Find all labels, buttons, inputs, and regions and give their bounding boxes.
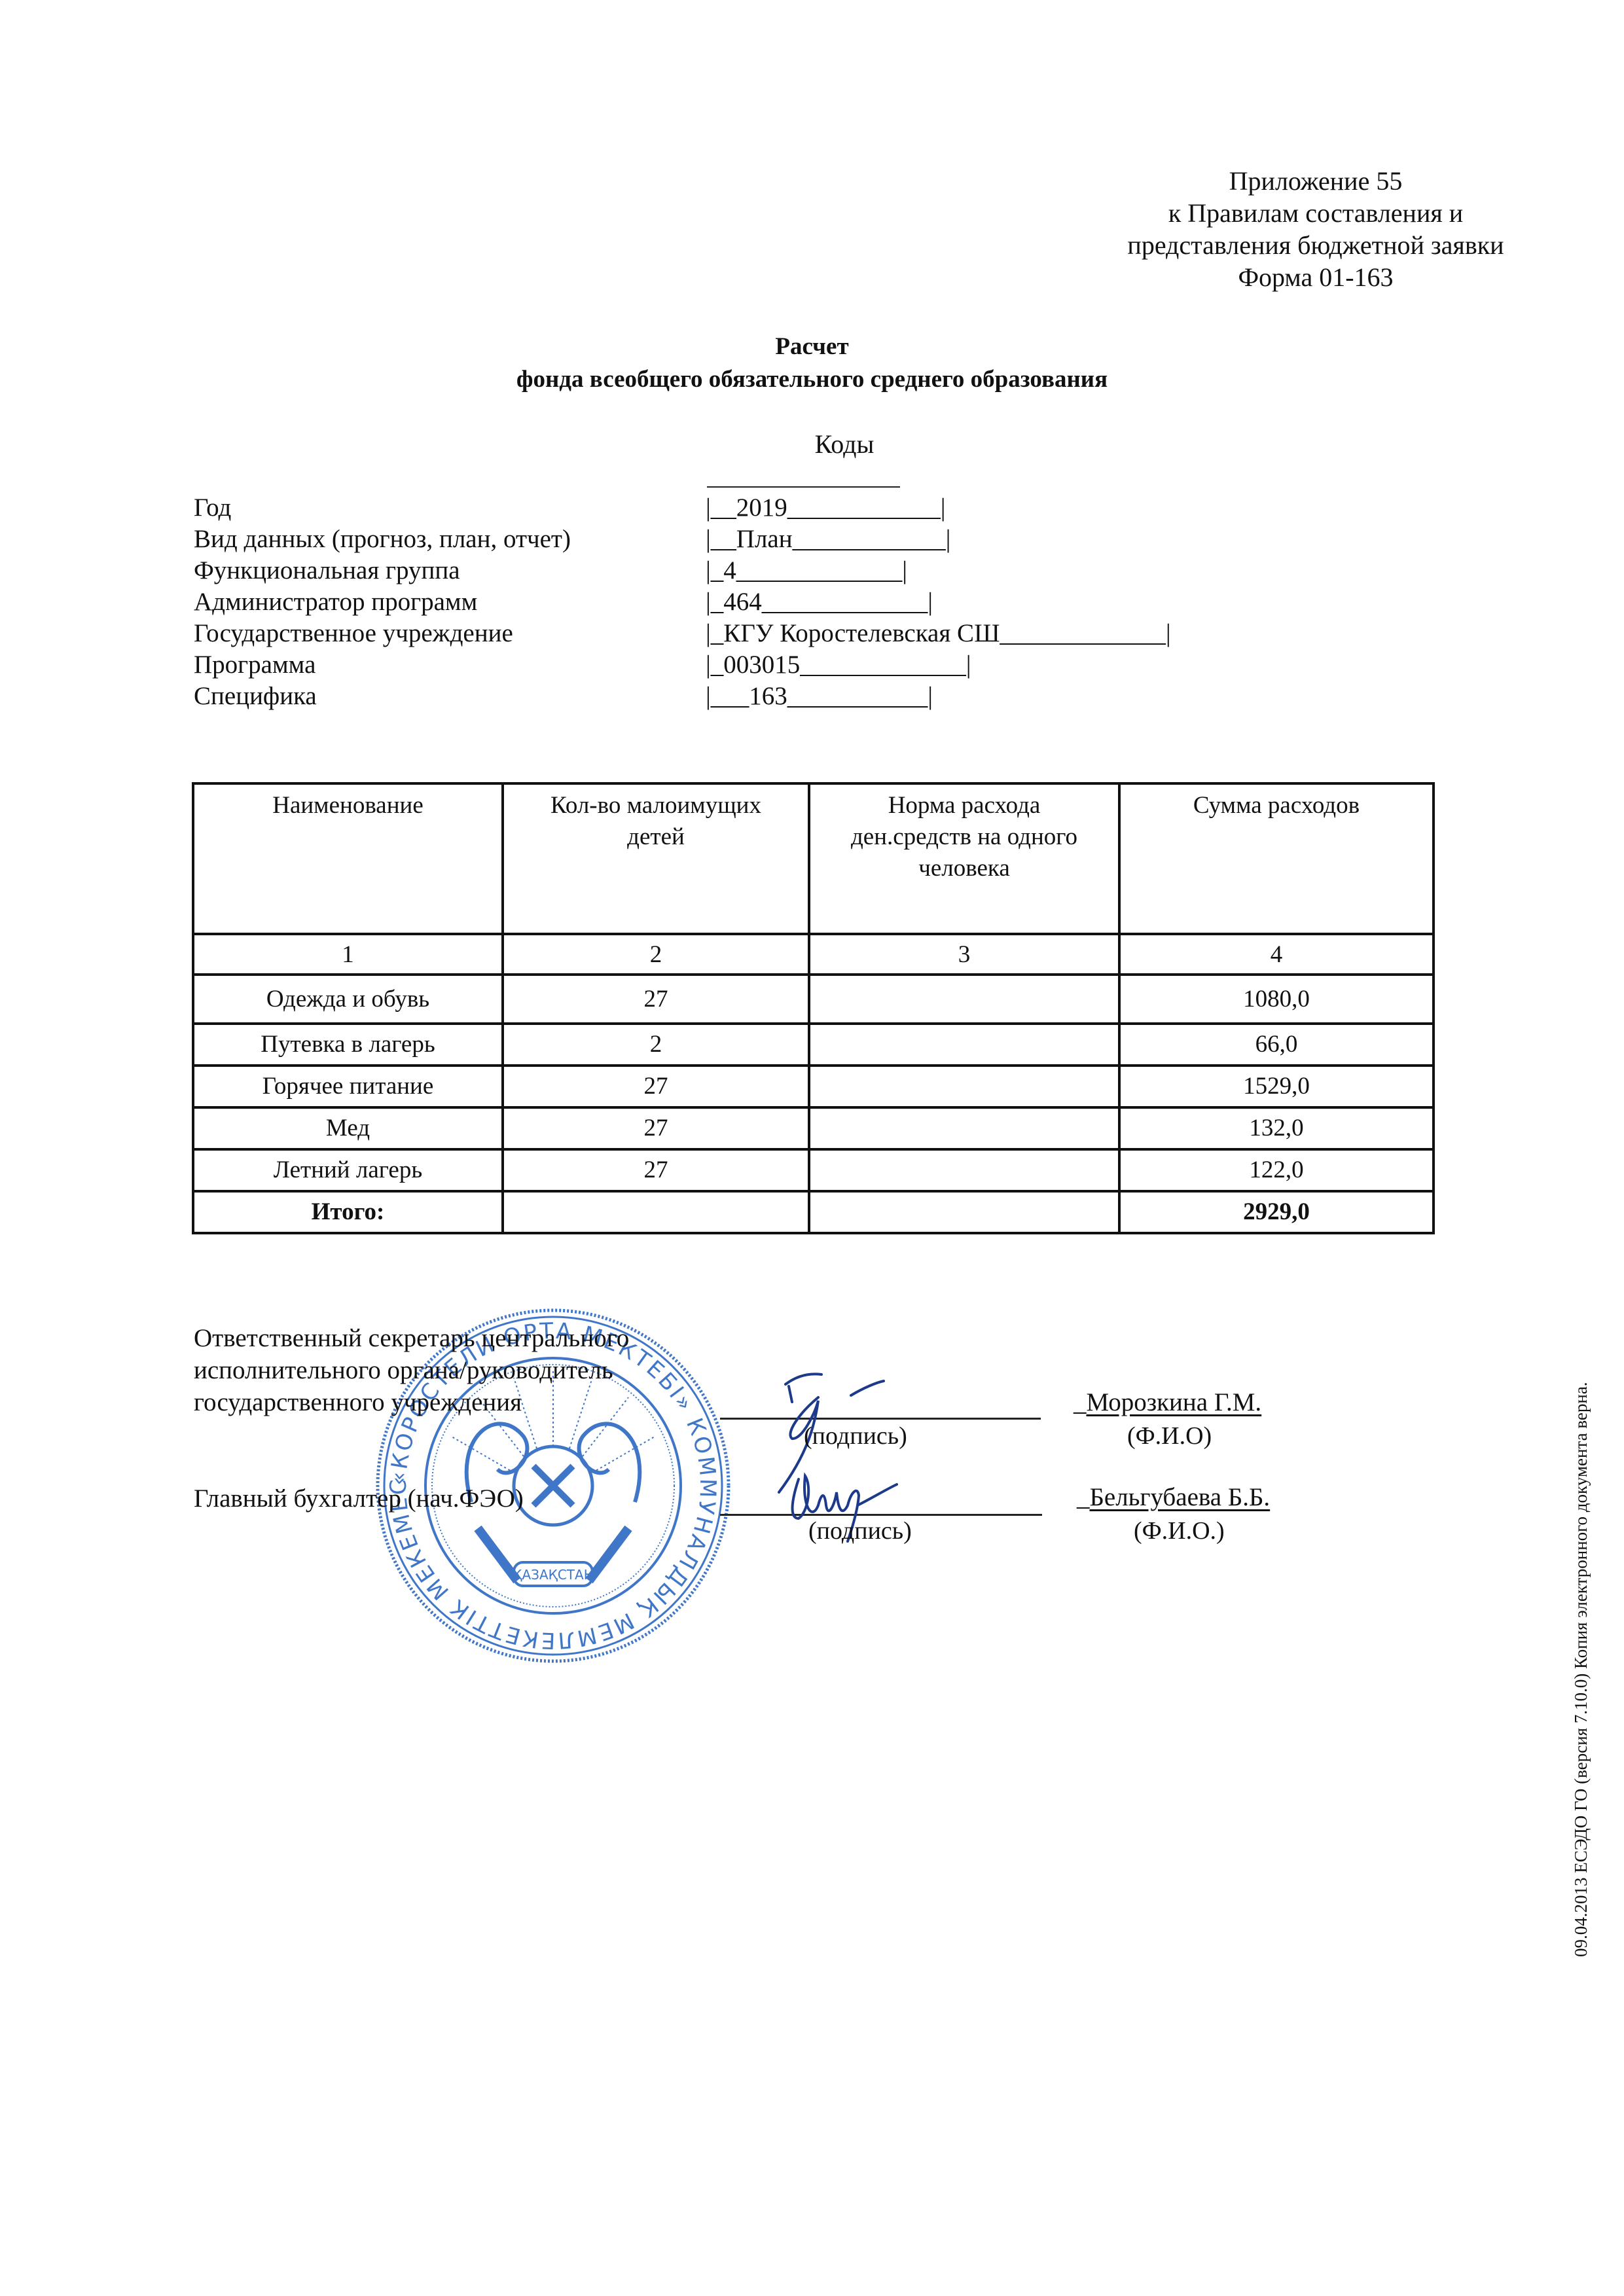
side-note: 09.04.2013 ЕСЭДО ГО (версия 7.10.0) Копи… <box>1571 1382 1591 1957</box>
document-title: Расчет фонда всеобщего обязательного сре… <box>0 331 1624 396</box>
appendix-line: к Правилам составления и <box>1106 197 1525 229</box>
row-count: 27 <box>503 1107 809 1149</box>
row-norm <box>809 1149 1119 1191</box>
secretary-signature-caption: (подпись) <box>804 1422 907 1450</box>
row-name: Мед <box>193 1107 503 1149</box>
secretary-role: Ответственный секретарь центрального исп… <box>194 1322 629 1418</box>
code-value-functional-group: |_4_____________| <box>706 555 907 586</box>
row-name: Летний лагерь <box>193 1149 503 1191</box>
code-value-program: |_003015_____________| <box>706 649 971 681</box>
table-row: Путевка в лагерь 2 66,0 <box>193 1024 1434 1066</box>
stamp-center-text: ҚАЗАҚСТАН <box>513 1567 594 1583</box>
code-label-institution: Государственное учреждение <box>194 618 513 649</box>
table-row: Горячее питание 27 1529,0 <box>193 1066 1434 1107</box>
row-sum: 1529,0 <box>1119 1066 1434 1107</box>
appendix-header: Приложение 55 к Правилам составления и п… <box>1106 165 1525 293</box>
accountant-signature-caption: (подпись) <box>808 1516 912 1545</box>
appendix-line: представления бюджетной заявки <box>1106 229 1525 261</box>
row-norm <box>809 1066 1119 1107</box>
secretary-name-caption: (Ф.И.О) <box>1127 1422 1212 1450</box>
column-number: 1 <box>193 934 503 975</box>
table-row: Одежда и обувь 27 1080,0 <box>193 975 1434 1024</box>
row-count: 27 <box>503 975 809 1024</box>
row-name: Путевка в лагерь <box>193 1024 503 1066</box>
code-label-program: Программа <box>194 649 316 681</box>
secretary-name: _Морозкина Г.М. <box>1074 1388 1261 1417</box>
row-name: Горячее питание <box>193 1066 503 1107</box>
total-count <box>503 1191 809 1233</box>
total-label: Итого: <box>193 1191 503 1233</box>
code-label-specifics: Специфика <box>194 681 317 712</box>
secretary-name-text: Морозкина Г.М. <box>1087 1388 1262 1416</box>
row-count: 27 <box>503 1149 809 1191</box>
title-line-2: фонда всеобщего обязательного среднего о… <box>0 363 1624 396</box>
code-value-program-admin: |_464_____________| <box>706 586 933 618</box>
table-row: Летний лагерь 27 122,0 <box>193 1149 1434 1191</box>
total-norm <box>809 1191 1119 1233</box>
code-value-year: |__2019____________| <box>706 492 946 524</box>
code-label-year: Год <box>194 492 231 524</box>
secretary-role-line: государственного учреждения <box>194 1386 629 1418</box>
row-sum: 1080,0 <box>1119 975 1434 1024</box>
total-sum: 2929,0 <box>1119 1191 1434 1233</box>
header-sum: Сумма расходов <box>1119 783 1434 934</box>
accountant-name-text: Бельгубаева Б.Б. <box>1090 1483 1271 1511</box>
column-number: 2 <box>503 934 809 975</box>
code-label-data-type: Вид данных (прогноз, план, отчет) <box>194 524 571 555</box>
row-norm <box>809 975 1119 1024</box>
accountant-role: Главный бухгалтер (нач.ФЭО) <box>194 1482 524 1515</box>
row-norm <box>809 1024 1119 1066</box>
appendix-line: Приложение 55 <box>1106 165 1525 197</box>
row-sum: 122,0 <box>1119 1149 1434 1191</box>
header-norm: Норма расхода ден.средств на одного чело… <box>809 783 1119 934</box>
row-count: 2 <box>503 1024 809 1066</box>
row-name: Одежда и обувь <box>193 975 503 1024</box>
table-total-row: Итого: 2929,0 <box>193 1191 1434 1233</box>
table-row: Мед 27 132,0 <box>193 1107 1434 1149</box>
code-value-data-type: |__План____________| <box>706 524 950 555</box>
codes-top-line <box>707 486 900 488</box>
code-value-specifics: |___163___________| <box>706 681 933 712</box>
header-name: Наименование <box>193 783 503 934</box>
code-label-functional-group: Функциональная группа <box>194 555 460 586</box>
code-label-program-admin: Администратор программ <box>194 586 477 618</box>
row-sum: 132,0 <box>1119 1107 1434 1149</box>
accountant-name-caption: (Ф.И.О.) <box>1134 1516 1225 1545</box>
column-number: 3 <box>809 934 1119 975</box>
title-line-1: Расчет <box>0 331 1624 363</box>
secretary-role-line: исполнительного органа/руководитель <box>194 1354 629 1386</box>
codes-label: Коды <box>740 429 949 459</box>
expense-table: Наименование Кол-во малоимущих детей Нор… <box>192 782 1435 1234</box>
row-norm <box>809 1107 1119 1149</box>
secretary-role-line: Ответственный секретарь центрального <box>194 1322 629 1354</box>
row-count: 27 <box>503 1066 809 1107</box>
column-number: 4 <box>1119 934 1434 975</box>
column-number-row: 1 2 3 4 <box>193 934 1434 975</box>
row-sum: 66,0 <box>1119 1024 1434 1066</box>
table-header-row: Наименование Кол-во малоимущих детей Нор… <box>193 783 1434 934</box>
accountant-name: _Бельгубаева Б.Б. <box>1077 1482 1270 1512</box>
code-value-institution: |_КГУ Коростелевская СШ_____________| <box>706 618 1171 649</box>
form-number: Форма 01-163 <box>1106 261 1525 293</box>
header-count: Кол-во малоимущих детей <box>503 783 809 934</box>
